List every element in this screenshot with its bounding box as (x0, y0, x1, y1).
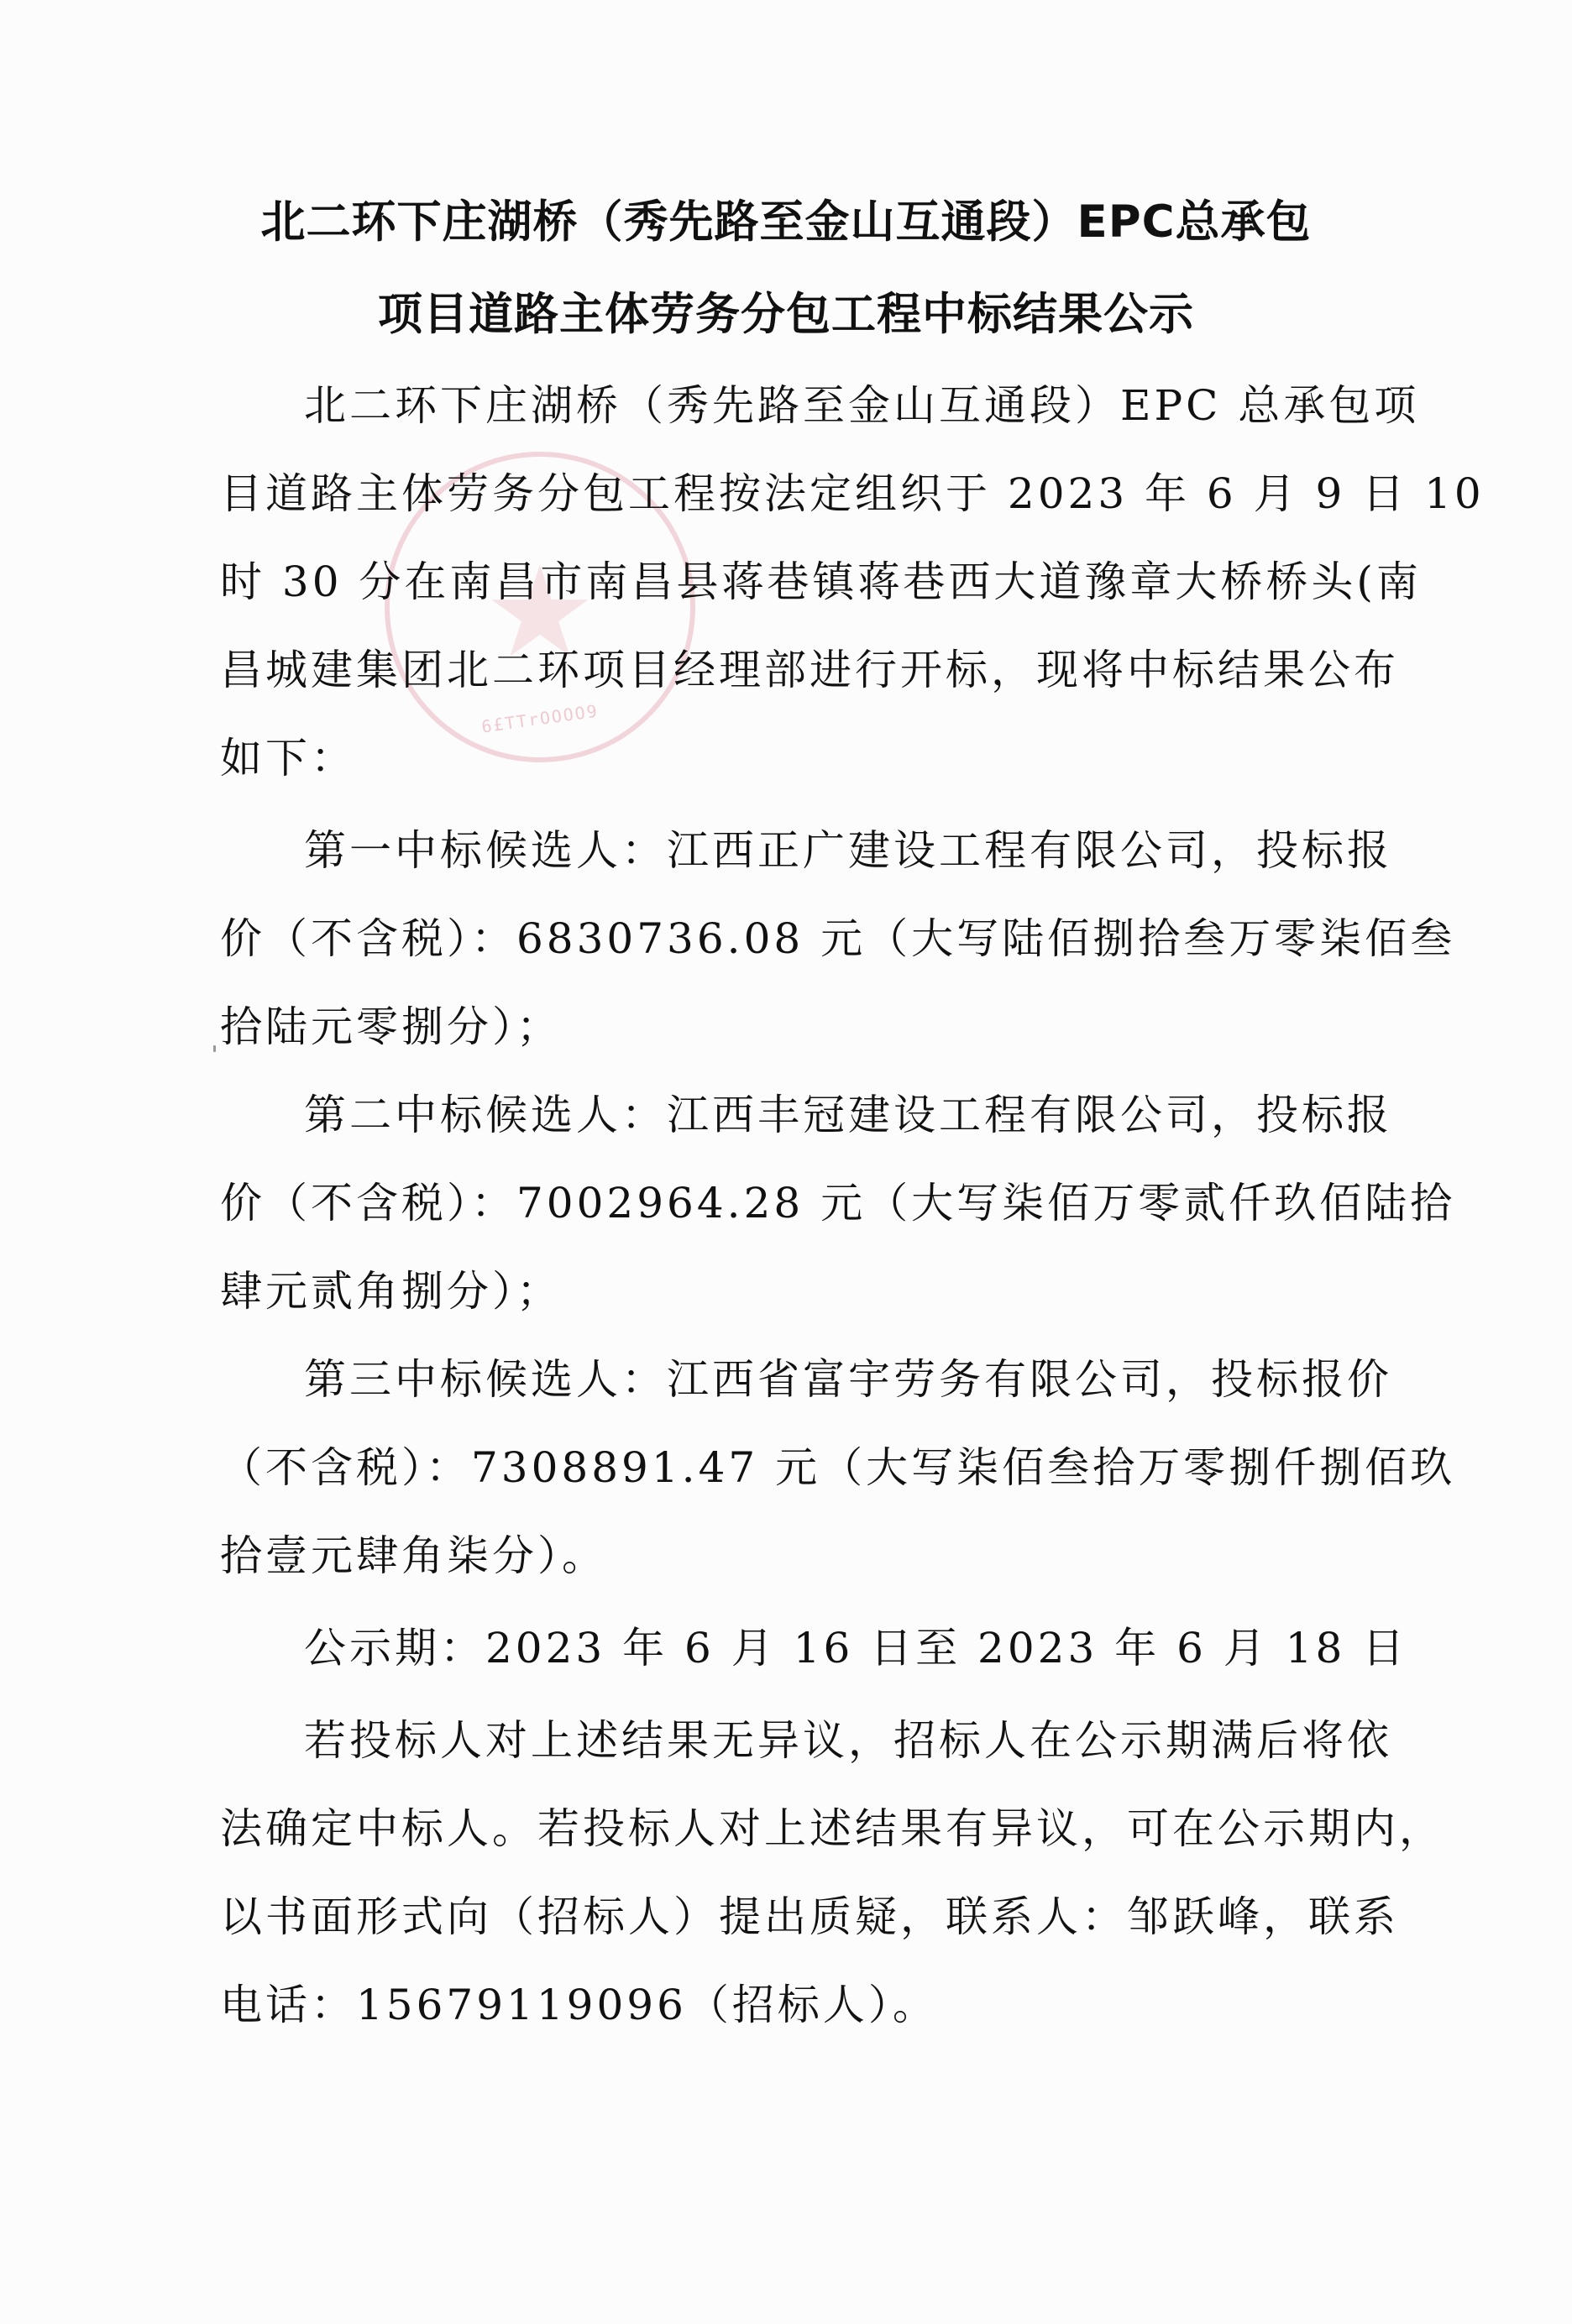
objection-line: 以书面形式向（招标人）提出质疑，联系人：邹跃峰，联系 (220, 1887, 1399, 1946)
intro-line: 时 30 分在南昌市南昌县蒋巷镇蒋巷西大道豫章大桥桥头(南 (220, 552, 1422, 611)
scan-speck (1349, 1125, 1352, 1129)
intro-line: 目道路主体劳务分包工程按法定组织于 2023 年 6 月 9 日 10 (220, 464, 1485, 523)
document-title-line-2: 项目道路主体劳务分包工程中标结果公示 (0, 285, 1572, 344)
intro-line: 如下： (220, 729, 356, 788)
intro-line: 昌城建集团北二环项目经理部进行开标，现将中标结果公布 (220, 641, 1399, 699)
candidate-2-line: 价（不含税）：7002964.28 元（大写柒佰万零贰仟玖佰陆拾 (220, 1174, 1455, 1233)
candidate-1-line: 拾陆元零捌分）； (220, 997, 562, 1056)
objection-line: 电话：15679119096（招标人）。 (220, 1976, 938, 2034)
candidate-2-line: 第二中标候选人：江西丰冠建设工程有限公司，投标报 (304, 1086, 1392, 1144)
candidate-3-line: 第三中标候选人：江西省富宇劳务有限公司，投标报价 (304, 1350, 1392, 1409)
publicity-period: 公示期：2023 年 6 月 16 日至 2023 年 6 月 18 日 (304, 1619, 1407, 1678)
objection-line: 法确定中标人。若投标人对上述结果有异议，可在公示期内， (220, 1799, 1444, 1858)
candidate-3-line: 拾壹元肆角柒分）。 (220, 1526, 607, 1585)
candidate-3-line: （不含税）：7308891.47 元（大写柒佰叁拾万零捌仟捌佰玖 (220, 1438, 1455, 1497)
document-title-line-1: 北二环下庄湖桥（秀先路至金山互通段）EPC总承包 (0, 193, 1572, 252)
candidate-1-line: 第一中标候选人：江西正广建设工程有限公司，投标报 (304, 821, 1392, 880)
candidate-1-line: 价（不含税）：6830736.08 元（大写陆佰捌拾叁万零柒佰叁 (220, 909, 1455, 968)
scan-speck (213, 1045, 216, 1052)
objection-line: 若投标人对上述结果无异议，招标人在公示期满后将依 (304, 1711, 1392, 1770)
scanned-document-page: ★ 6£TTrOOOO9 北二环下庄湖桥（秀先路至金山互通段）EPC总承包 项目… (0, 0, 1572, 2324)
candidate-2-line: 肆元贰角捌分）； (220, 1262, 562, 1321)
seal-code: 6£TTrOOOO9 (480, 700, 600, 736)
intro-line: 北二环下庄湖桥（秀先路至金山互通段）EPC 总承包项 (304, 376, 1419, 435)
